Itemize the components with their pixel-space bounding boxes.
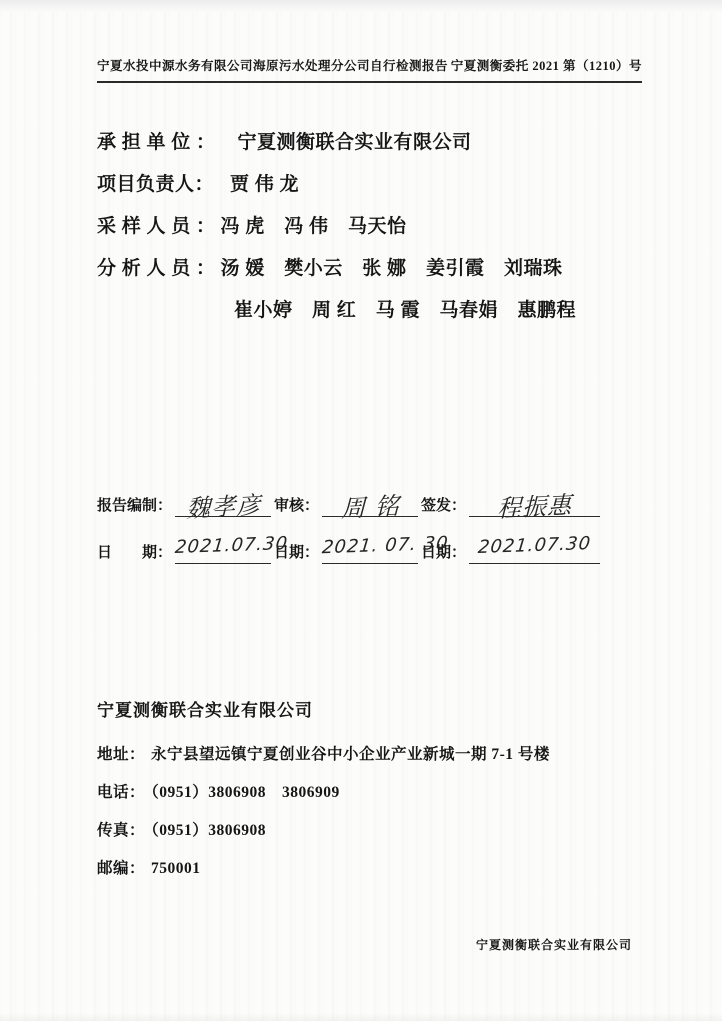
sampling-personnel-line: 采 样 人 员 ：冯 虎 冯 伟 马天怡 — [97, 206, 657, 248]
signoff-block: 报告编制： 魏孝彦 审核： 周 铭 签发： 程振惠 日 期： 2021.07.3… — [97, 483, 637, 577]
report-page: 宁夏水投中源水务有限公司海原污水处理分公司自行检测报告 宁夏测衡委托 2021 … — [0, 0, 722, 1021]
analysis-personnel-line-2: 崔小婷 周 红 马 霞 马春娟 惠鹏程 — [97, 290, 657, 332]
postcode-label: 邮编： — [97, 860, 145, 877]
phone-value: （0951）3806908 3806909 — [151, 784, 340, 801]
date-line-reviewed: 2021. 07. 30 — [322, 533, 418, 564]
issued-by-label: 签发： — [421, 495, 466, 517]
date-reviewed: 2021. 07. 30 — [321, 533, 450, 559]
page-footer-company: 宁夏测衡联合实业有限公司 — [476, 936, 632, 953]
date-prepared: 2021.07.30 — [174, 533, 289, 558]
header-report-title: 宁夏水投中源水务有限公司海原污水处理分公司自行检测报告 — [97, 56, 448, 74]
undertaking-unit-line: 承 担 单 位 ：宁夏测衡联合实业有限公司 — [97, 122, 657, 164]
undertaking-unit-label: 承 担 单 位 ： — [97, 132, 216, 153]
analysis-personnel-value-2: 崔小婷 周 红 马 霞 马春娟 惠鹏程 — [234, 300, 576, 321]
sampling-personnel-value: 冯 虎 冯 伟 马天怡 — [221, 216, 407, 237]
prepared-by-signature-line: 魏孝彦 — [175, 486, 271, 517]
header-reference-number: 宁夏测衡委托 2021 第（1210）号 — [451, 56, 642, 74]
postcode-value: 750001 — [151, 860, 201, 877]
scan-edge-bottom-artifact — [0, 1013, 722, 1021]
postcode-line: 邮编：750001 — [97, 850, 657, 888]
fax-value: （0951）3806908 — [151, 822, 266, 839]
address-line: 地址：永宁县望远镇宁夏创业谷中小企业产业新城一期 7-1 号楼 — [97, 736, 657, 774]
personnel-info-block: 承 担 单 位 ：宁夏测衡联合实业有限公司 项目负责人：贾 伟 龙 采 样 人 … — [97, 122, 657, 332]
project-leader-label: 项目负责人： — [97, 174, 214, 195]
prepared-by-signature: 魏孝彦 — [186, 485, 262, 524]
page-header: 宁夏水投中源水务有限公司海原污水处理分公司自行检测报告 宁夏测衡委托 2021 … — [97, 56, 642, 83]
date-issued: 2021.07.30 — [477, 533, 592, 558]
company-contact-block: 宁夏测衡联合实业有限公司 地址：永宁县望远镇宁夏创业谷中小企业产业新城一期 7-… — [97, 696, 657, 888]
project-leader-value: 贾 伟 龙 — [230, 174, 299, 195]
reviewed-by-label: 审核： — [274, 495, 319, 517]
phone-line: 电话：（0951）3806908 3806909 — [97, 774, 657, 812]
undertaking-unit-value: 宁夏测衡联合实业有限公司 — [238, 132, 472, 153]
address-label: 地址： — [97, 746, 145, 763]
sampling-personnel-label: 采 样 人 员 ： — [97, 216, 216, 237]
project-leader-line: 项目负责人：贾 伟 龙 — [97, 164, 657, 206]
signature-row: 报告编制： 魏孝彦 审核： 周 铭 签发： 程振惠 — [97, 483, 637, 517]
fax-line: 传真：（0951）3806908 — [97, 812, 657, 850]
scan-edge-top-artifact — [0, 0, 722, 12]
date-label-prepared: 日 期： — [97, 542, 172, 564]
date-row: 日 期： 2021.07.30 日期： 2021. 07. 30 日期： 202… — [97, 530, 637, 564]
reviewed-by-signature-line: 周 铭 — [322, 486, 418, 517]
analysis-personnel-label: 分 析 人 员 ： — [97, 258, 216, 279]
issued-by-signature-line: 程振惠 — [469, 486, 600, 517]
date-line-issued: 2021.07.30 — [469, 533, 600, 564]
analysis-personnel-value: 汤 媛 樊小云 张 娜 姜引霞 刘瑞珠 — [221, 258, 563, 279]
date-line-prepared: 2021.07.30 — [175, 533, 271, 564]
company-name: 宁夏测衡联合实业有限公司 — [97, 696, 657, 736]
fax-label: 传真： — [97, 822, 145, 839]
phone-label: 电话： — [97, 784, 145, 801]
prepared-by-label: 报告编制： — [97, 495, 172, 517]
address-value: 永宁县望远镇宁夏创业谷中小企业产业新城一期 7-1 号楼 — [151, 746, 550, 763]
analysis-personnel-line: 分 析 人 员 ：汤 媛 樊小云 张 娜 姜引霞 刘瑞珠 — [97, 248, 657, 290]
reviewed-by-signature: 周 铭 — [341, 486, 400, 524]
issued-by-signature: 程振惠 — [497, 485, 573, 524]
